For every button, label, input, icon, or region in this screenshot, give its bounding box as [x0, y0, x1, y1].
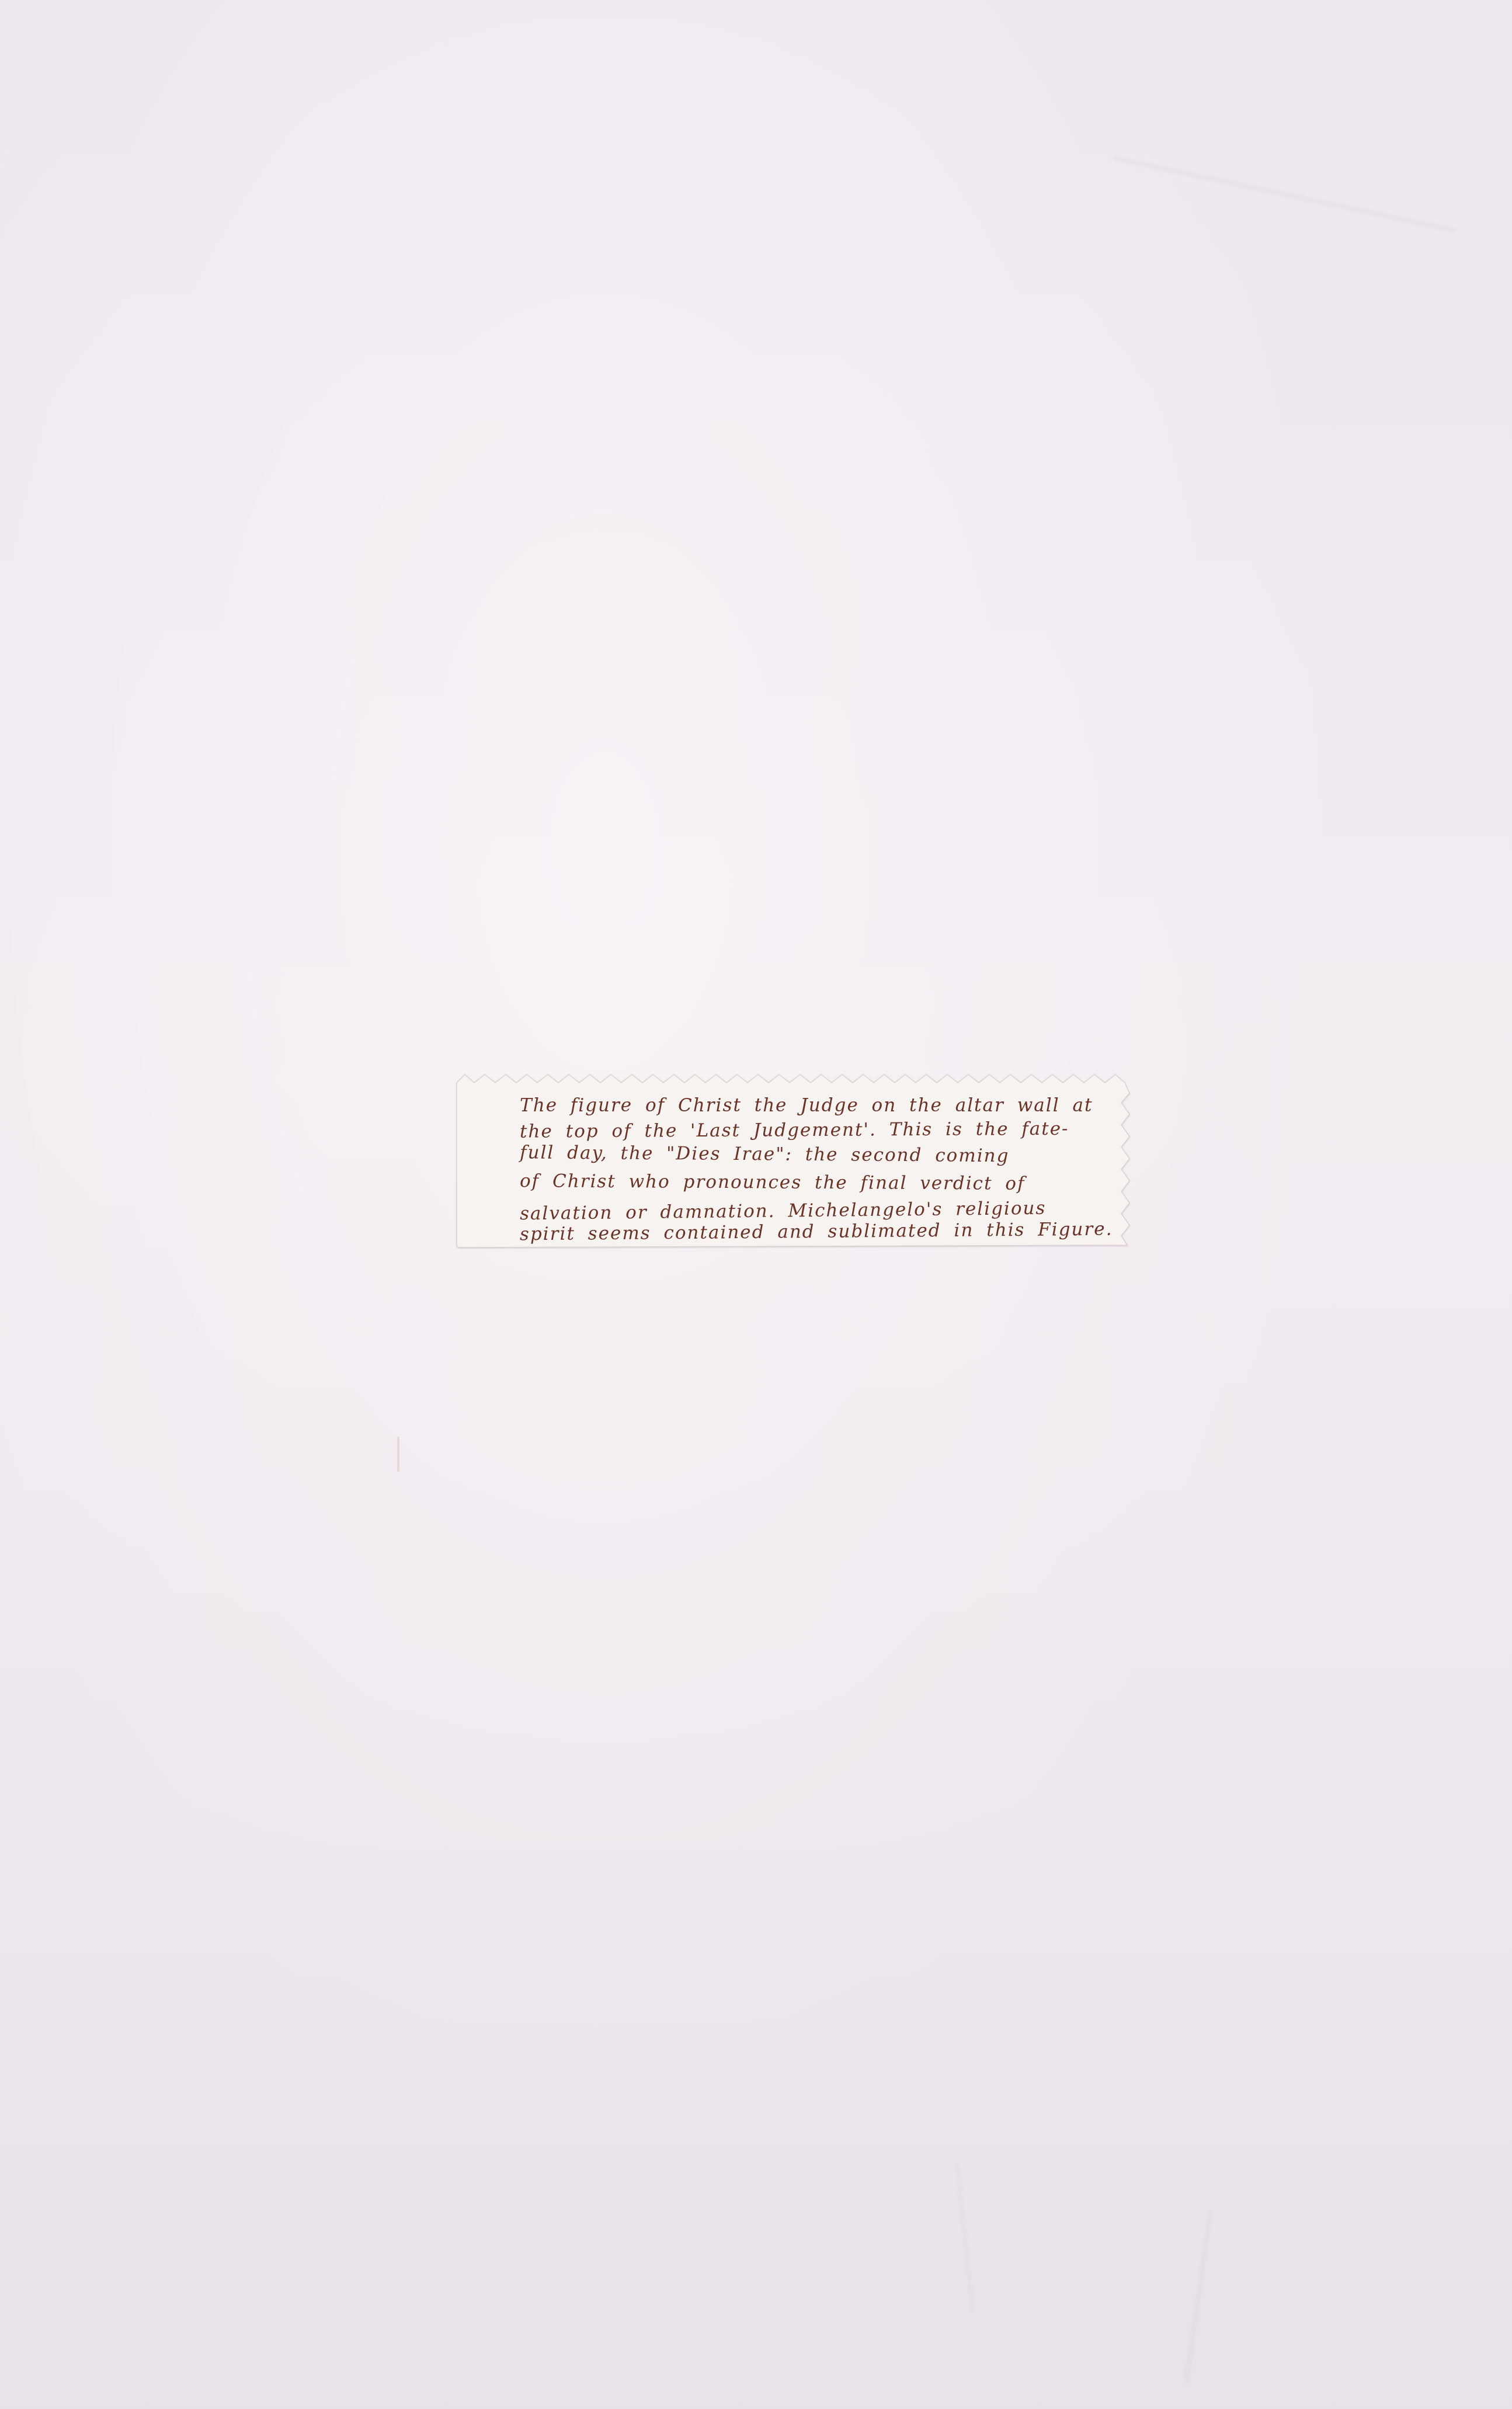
paper-crease — [955, 2161, 974, 2313]
note-line: The figure of Christ the Judge on the al… — [520, 1093, 1115, 1118]
paper-sheet: The figure of Christ the Judge on the al… — [0, 0, 1512, 2409]
paper-crease — [1113, 157, 1457, 233]
note-line: of Christ who pronounces the final verdi… — [520, 1169, 1115, 1196]
paper-crease — [1185, 2208, 1212, 2382]
note-line: full day, the "Dies Irae": the second co… — [520, 1140, 1115, 1169]
paper-stain — [397, 1437, 399, 1472]
handwritten-note-label: The figure of Christ the Judge on the al… — [454, 1070, 1142, 1250]
note-line: spirit seems contained and sublimated in… — [520, 1217, 1115, 1247]
note-line: the top of the 'Last Judgement'. This is… — [520, 1116, 1115, 1143]
note-handwriting: The figure of Christ the Judge on the al… — [520, 1093, 1115, 1244]
